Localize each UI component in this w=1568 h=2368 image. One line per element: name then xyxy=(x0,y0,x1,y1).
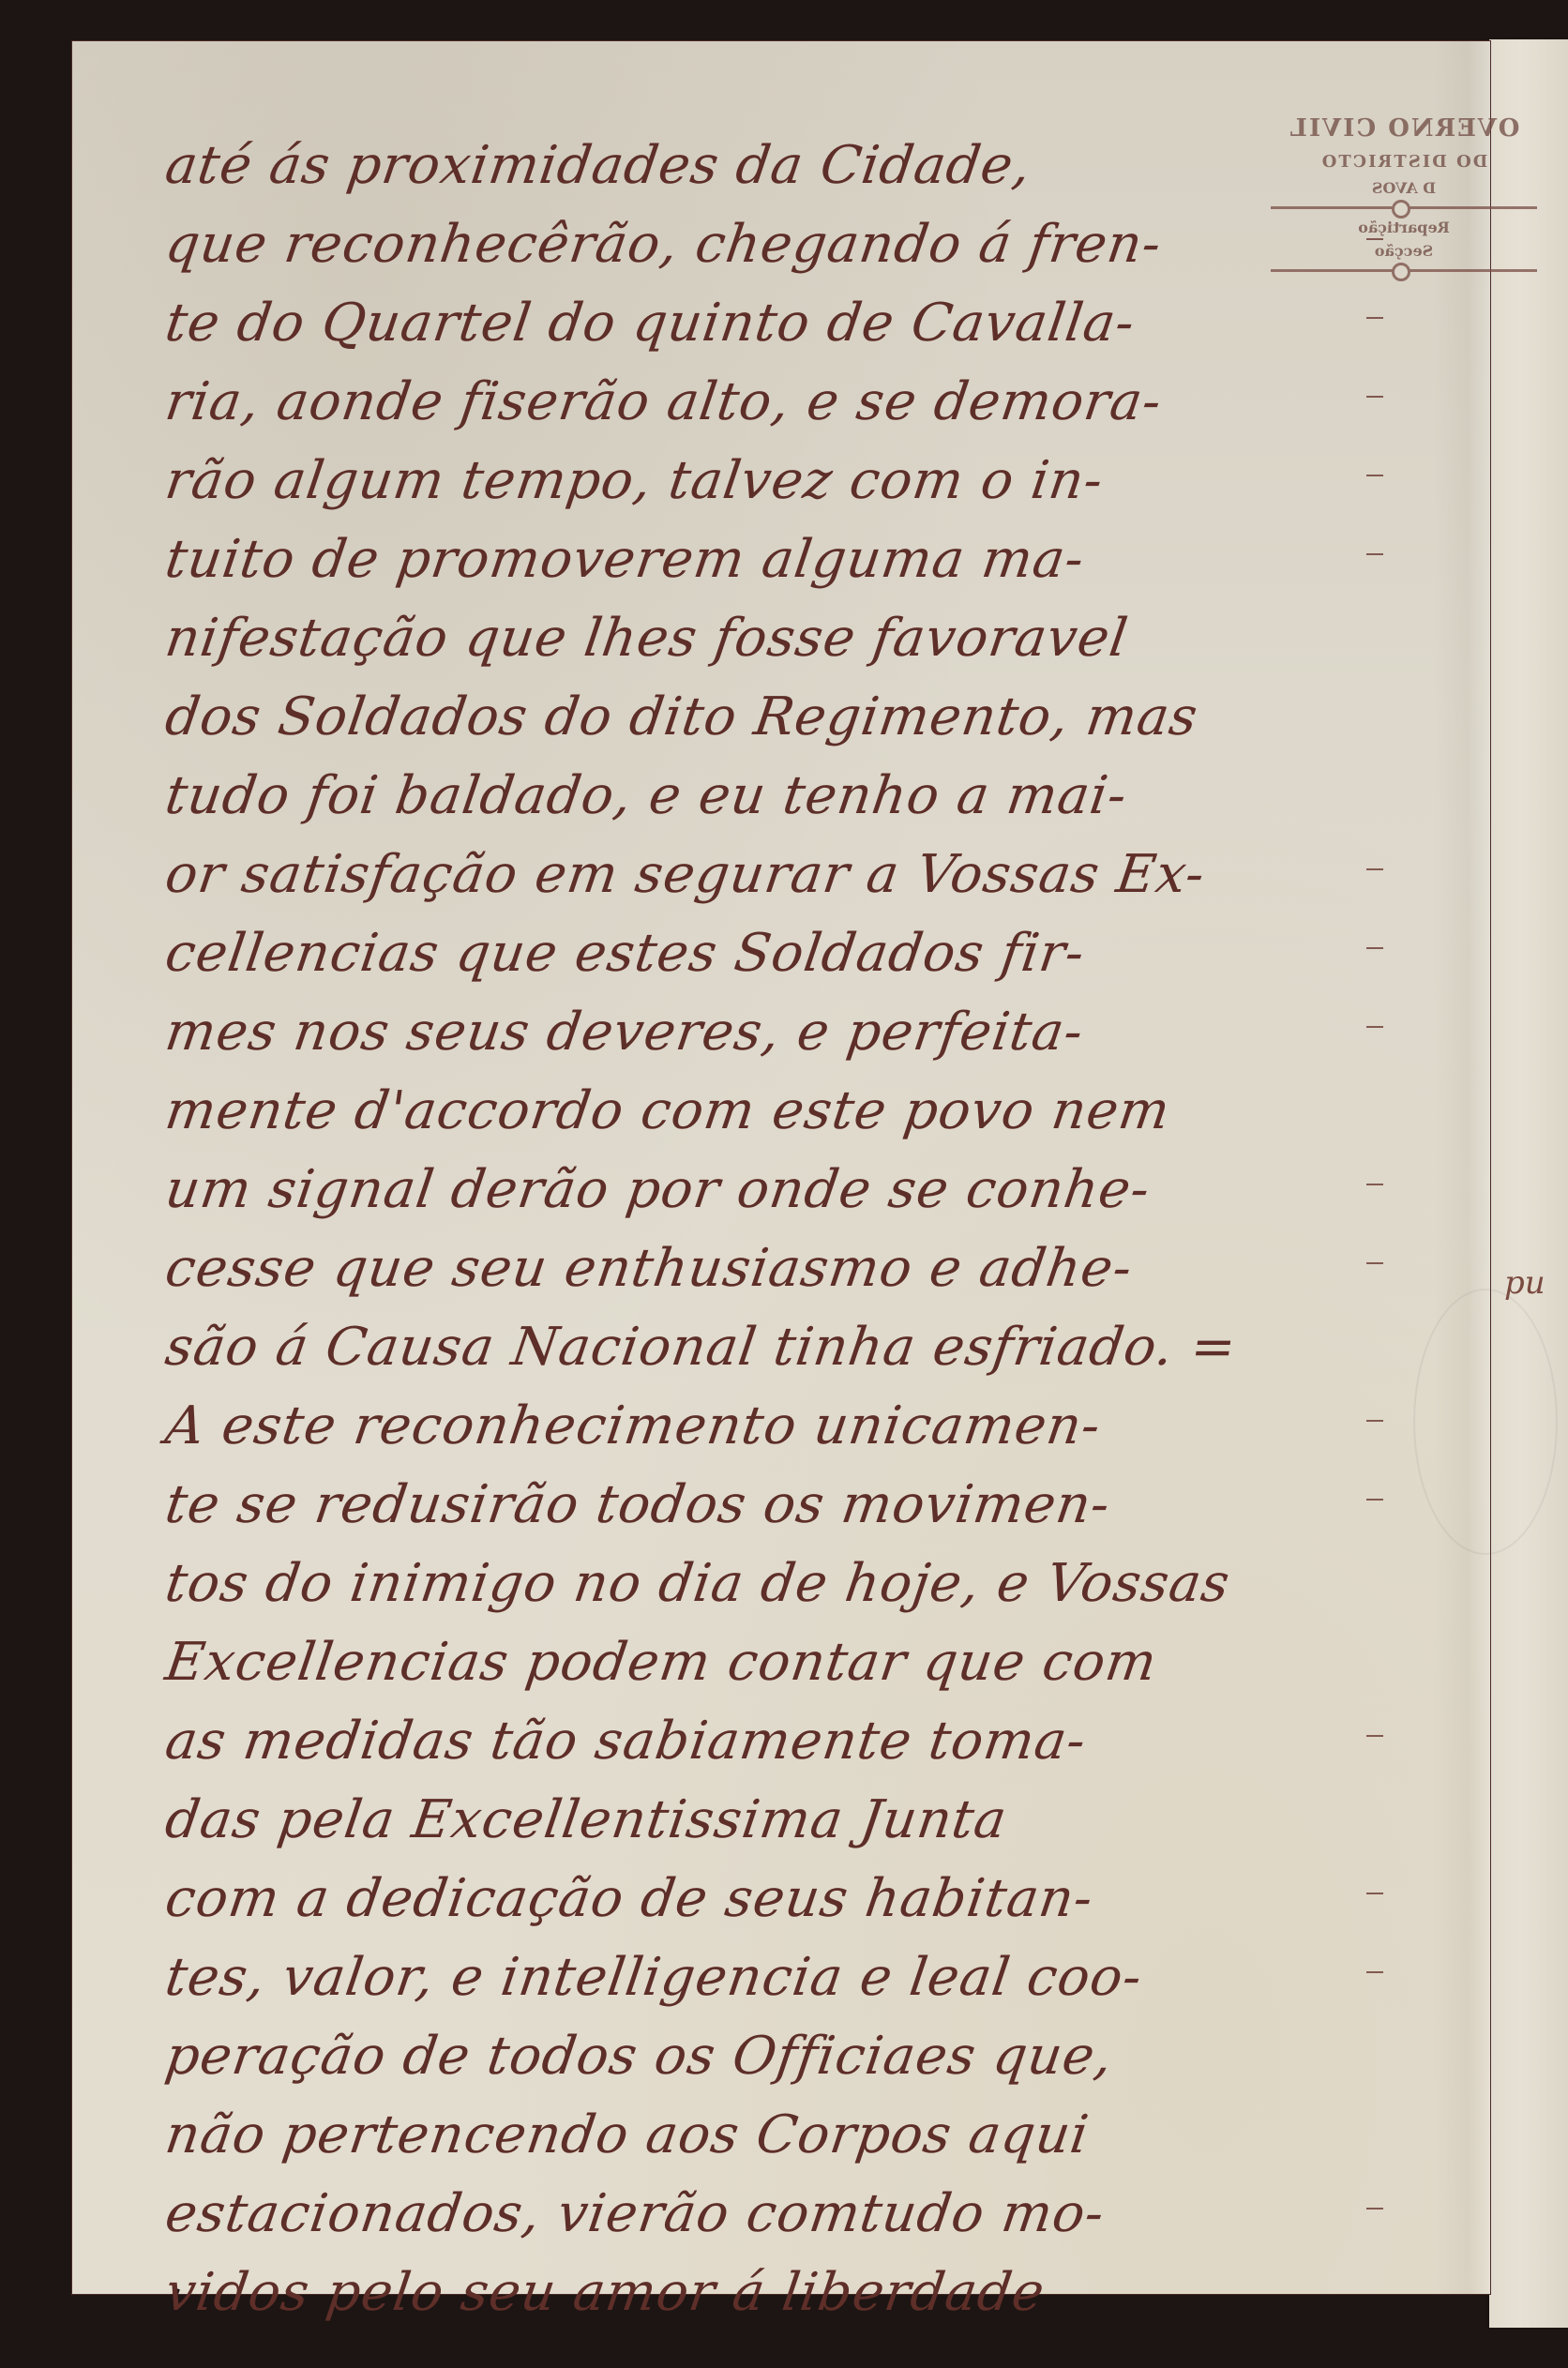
text-line: Excellencias podem contar que com xyxy=(161,1632,1160,1693)
hyphen-mark xyxy=(1366,238,1383,240)
hyphen-mark xyxy=(1366,396,1383,398)
text-line: A este reconhecimento unicamen- xyxy=(161,1395,1105,1456)
page-fold-shadow xyxy=(1434,41,1490,2294)
text-line: nifestação que lhes fosse favoravel xyxy=(161,608,1132,669)
text-line: tes, valor, e intelligencia e leal coo- xyxy=(161,1947,1146,2008)
hyphen-mark xyxy=(1366,1971,1383,1973)
stamp-ornament-rule xyxy=(1271,206,1537,209)
text-line: tos do inimigo no dia de hoje, e Vossas xyxy=(161,1553,1233,1614)
text-line: que reconhecêrão, chegando á fren- xyxy=(161,214,1165,275)
text-line: rão algum tempo, talvez com o in- xyxy=(161,450,1107,511)
text-line: ria, aonde fiserão alto, e se demora- xyxy=(161,371,1166,432)
text-line: com a dedicação de seus habitan- xyxy=(161,1868,1096,1929)
stamp-line: DO DISTRICTO xyxy=(1263,152,1545,172)
text-line: te do Quartel do quinto de Cavalla- xyxy=(161,293,1138,354)
manuscript-page: OVERNO CIVIL DO DISTRICTO D AVOS Reparti… xyxy=(72,41,1490,2294)
text-line: dos Soldados do dito Regimento, mas xyxy=(161,686,1201,747)
text-line: mes nos seus deveres, e perfeita- xyxy=(161,1002,1087,1063)
stamp-ornament-rule xyxy=(1271,269,1537,272)
text-line: das pela Excellentissima Junta xyxy=(161,1789,1011,1850)
text-line: mente d'accordo com este povo nem xyxy=(161,1080,1173,1141)
hyphen-mark xyxy=(1366,868,1383,870)
stamp-line: OVERNO CIVIL xyxy=(1263,114,1545,143)
text-line: tuito de promoverem alguma ma- xyxy=(161,529,1088,590)
hyphen-mark xyxy=(1366,1262,1383,1264)
hyphen-mark xyxy=(1366,1499,1383,1501)
hyphen-mark xyxy=(1366,947,1383,949)
hyphen-mark xyxy=(1366,1026,1383,1028)
text-line: estacionados, vierão comtudo mo- xyxy=(161,2183,1108,2244)
hyphen-mark xyxy=(1366,1735,1383,1737)
stamp-line: Secção xyxy=(1263,242,1545,260)
faint-seal-impression xyxy=(1413,1289,1558,1555)
hyphen-mark xyxy=(1366,2208,1383,2210)
hyphen-mark xyxy=(1366,475,1383,476)
text-line: or satisfação em segurar a Vossas Ex- xyxy=(161,844,1209,905)
text-line: não pertencendo aos Corpos aqui xyxy=(161,2104,1093,2165)
hyphen-mark xyxy=(1366,1420,1383,1422)
hyphen-mark xyxy=(1366,1893,1383,1894)
text-line: até ás proximidades da Cidade, xyxy=(161,135,1034,196)
adjacent-page-edge xyxy=(1489,39,1568,2328)
stamp-line: D AVOS xyxy=(1263,179,1545,197)
text-line: são á Causa Nacional tinha esfriado. = xyxy=(161,1317,1240,1378)
text-line: um signal derão por onde se conhe- xyxy=(161,1159,1153,1220)
text-line: tudo foi baldado, e eu tenho a mai- xyxy=(161,765,1131,826)
hyphen-mark xyxy=(1366,317,1383,319)
text-line: as medidas tão sabiamente toma- xyxy=(161,1711,1090,1772)
text-line: te se redusirão todos os movimen- xyxy=(161,1474,1114,1535)
hyphen-mark xyxy=(1366,1184,1383,1185)
text-line: cesse que seu enthusiasmo e adhe- xyxy=(161,1238,1136,1299)
text-line: peração de todos os Officiaes que, xyxy=(161,2026,1116,2087)
text-line: cellencias que estes Soldados fir- xyxy=(161,923,1088,984)
mirrored-stamp-bleedthrough: OVERNO CIVIL DO DISTRICTO D AVOS Reparti… xyxy=(1263,107,1545,351)
text-line: vidos pelo seu amor á liberdade xyxy=(161,2262,1048,2323)
hyphen-mark xyxy=(1366,553,1383,555)
stamp-line: Repartição xyxy=(1263,219,1545,236)
